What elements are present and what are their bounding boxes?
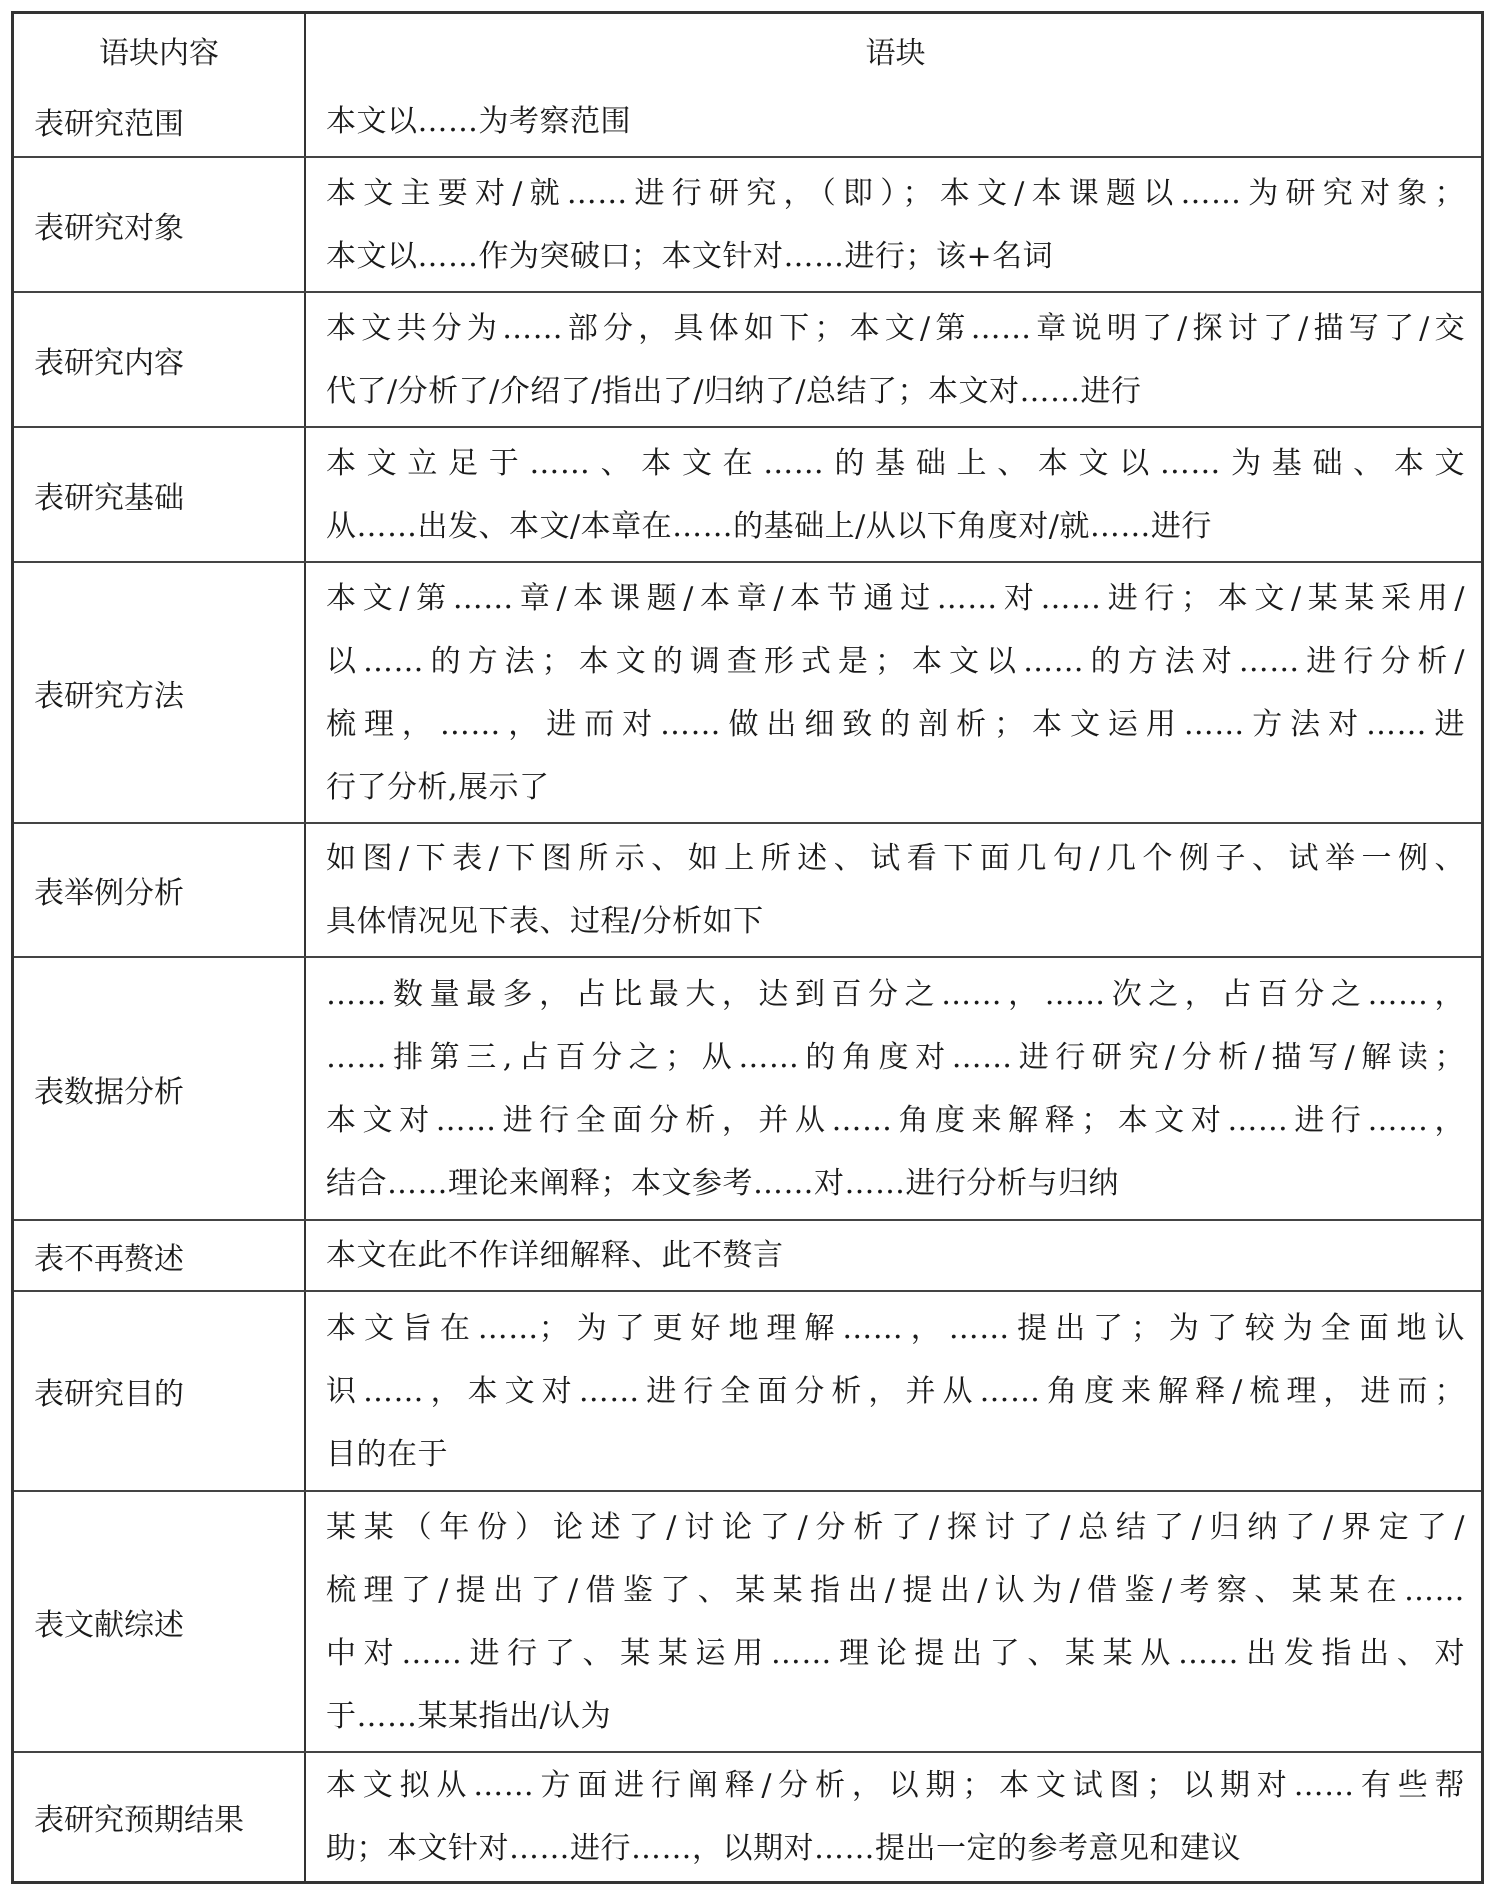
- chunk-table: 语块内容 语块 表研究范围本文以……为考察范围表研究对象本文主要对/就……进行研…: [11, 11, 1484, 1884]
- chunk-line: 本文对……进行全面分析，并从……角度来解释；本文对……进行……，: [326, 1089, 1465, 1152]
- table-row: 表举例分析如图/下表/下图所示、如上所述、试看下面几句/几个例子、试举一例、具体…: [14, 822, 1481, 956]
- chunk-line: 本文拟从……方面进行阐释/分析，以期；本文试图；以期对……有些帮: [326, 1754, 1465, 1817]
- chunk-expressions: 本文立足于……、本文在……的基础上、本文以……为基础、本文从……出发、本文/本章…: [306, 428, 1481, 561]
- chunk-line: 本文在此不作详细解释、此不赘言: [326, 1224, 1465, 1287]
- chunk-category: 表研究对象: [14, 158, 306, 291]
- chunk-line: 于……某某指出/认为: [326, 1685, 1465, 1748]
- chunk-line: 从……出发、本文/本章在……的基础上/从以下角度对/就……进行: [326, 495, 1465, 558]
- chunk-expressions: 如图/下表/下图所示、如上所述、试看下面几句/几个例子、试举一例、具体情况见下表…: [306, 824, 1481, 956]
- chunk-category: 表研究内容: [14, 293, 306, 426]
- chunk-category: 表研究目的: [14, 1292, 306, 1490]
- chunk-line: 中对……进行了、某某运用……理论提出了、某某从……出发指出、对: [326, 1622, 1465, 1685]
- header-chunk-label: 语块: [866, 28, 926, 72]
- header-chunk: 语块: [306, 14, 1481, 86]
- chunk-line: 结合……理论来阐释；本文参考……对……进行分析与归纳: [326, 1152, 1465, 1215]
- table-row: 表研究范围本文以……为考察范围: [14, 86, 1481, 156]
- chunk-line: 本文以……作为突破口；本文针对……进行；该+名词: [326, 225, 1465, 288]
- header-chunk-content: 语块内容: [14, 14, 306, 86]
- table-row: 表研究基础本文立足于……、本文在……的基础上、本文以……为基础、本文从……出发、…: [14, 426, 1481, 561]
- chunk-line: ……排第三,占百分之；从……的角度对……进行研究/分析/描写/解读；: [326, 1026, 1465, 1089]
- chunk-line: 本文以……为考察范围: [326, 90, 1465, 153]
- chunk-expressions: 本文/第……章/本课题/本章/本节通过……对……进行；本文/某某采用/以……的方…: [306, 563, 1481, 822]
- chunk-line: 本文主要对/就……进行研究，（即）；本文/本课题以……为研究对象；: [326, 162, 1465, 225]
- chunk-expressions: 本文旨在……；为了更好地理解……，……提出了；为了较为全面地认识……，本文对………: [306, 1292, 1481, 1490]
- chunk-line: 行了分析,展示了: [326, 756, 1465, 819]
- chunk-expressions: 本文共分为……部分，具体如下；本文/第……章说明了/探讨了/描写了/交代了/分析…: [306, 293, 1481, 426]
- chunk-line: ……数量最多，占比最大，达到百分之……，……次之，占百分之……，: [326, 963, 1465, 1026]
- chunk-line: 识……，本文对……进行全面分析，并从……角度来解释/梳理，进而；: [326, 1360, 1465, 1423]
- chunk-line: 如图/下表/下图所示、如上所述、试看下面几句/几个例子、试举一例、: [326, 827, 1465, 890]
- chunk-category: 表举例分析: [14, 824, 306, 956]
- chunk-expressions: 某某（年份）论述了/讨论了/分析了/探讨了/总结了/归纳了/界定了/梳理了/提出…: [306, 1492, 1481, 1751]
- chunk-line: 本文共分为……部分，具体如下；本文/第……章说明了/探讨了/描写了/交: [326, 297, 1465, 360]
- chunk-category: 表研究方法: [14, 563, 306, 822]
- chunk-category: 表研究基础: [14, 428, 306, 561]
- table-row: 表研究内容本文共分为……部分，具体如下；本文/第……章说明了/探讨了/描写了/交…: [14, 291, 1481, 426]
- chunk-line: 某某（年份）论述了/讨论了/分析了/探讨了/总结了/归纳了/界定了/: [326, 1496, 1465, 1559]
- chunk-line: 本文旨在……；为了更好地理解……，……提出了；为了较为全面地认: [326, 1297, 1465, 1360]
- chunk-line: 本文立足于……、本文在……的基础上、本文以……为基础、本文: [326, 432, 1465, 495]
- chunk-category: 表研究预期结果: [14, 1753, 306, 1881]
- chunk-category: 表文献综述: [14, 1492, 306, 1751]
- chunk-expressions: 本文拟从……方面进行阐释/分析，以期；本文试图；以期对……有些帮助；本文针对………: [306, 1753, 1481, 1881]
- chunk-line: 具体情况见下表、过程/分析如下: [326, 890, 1465, 953]
- table-body: 表研究范围本文以……为考察范围表研究对象本文主要对/就……进行研究，（即）；本文…: [14, 86, 1481, 1881]
- chunk-category: 表不再赘述: [14, 1221, 306, 1290]
- chunk-expressions: 本文以……为考察范围: [306, 86, 1481, 156]
- chunk-expressions: 本文在此不作详细解释、此不赘言: [306, 1221, 1481, 1290]
- table-row: 表不再赘述本文在此不作详细解释、此不赘言: [14, 1219, 1481, 1290]
- chunk-expressions: 本文主要对/就……进行研究，（即）；本文/本课题以……为研究对象；本文以……作为…: [306, 158, 1481, 291]
- chunk-category: 表数据分析: [14, 958, 306, 1219]
- chunk-line: 助；本文针对……进行……，以期对……提出一定的参考意见和建议: [326, 1817, 1465, 1880]
- chunk-line: 代了/分析了/介绍了/指出了/归纳了/总结了；本文对……进行: [326, 360, 1465, 423]
- chunk-line: 本文/第……章/本课题/本章/本节通过……对……进行；本文/某某采用/: [326, 567, 1465, 630]
- chunk-line: 以……的方法；本文的调查形式是；本文以……的方法对……进行分析/: [326, 630, 1465, 693]
- table-row: 表数据分析……数量最多，占比最大，达到百分之……，……次之，占百分之……，……排…: [14, 956, 1481, 1219]
- table-row: 表研究对象本文主要对/就……进行研究，（即）；本文/本课题以……为研究对象；本文…: [14, 156, 1481, 291]
- table-header-row: 语块内容 语块: [14, 14, 1481, 86]
- table-row: 表研究目的本文旨在……；为了更好地理解……，……提出了；为了较为全面地认识……，…: [14, 1290, 1481, 1490]
- chunk-category: 表研究范围: [14, 86, 306, 156]
- table-row: 表研究方法本文/第……章/本课题/本章/本节通过……对……进行；本文/某某采用/…: [14, 561, 1481, 822]
- chunk-expressions: ……数量最多，占比最大，达到百分之……，……次之，占百分之……，……排第三,占百…: [306, 958, 1481, 1219]
- chunk-line: 梳理了/提出了/借鉴了、某某指出/提出/认为/借鉴/考察、某某在……: [326, 1559, 1465, 1622]
- chunk-line: 梳理，……，进而对……做出细致的剖析；本文运用……方法对……进: [326, 693, 1465, 756]
- table-row: 表文献综述某某（年份）论述了/讨论了/分析了/探讨了/总结了/归纳了/界定了/梳…: [14, 1490, 1481, 1751]
- chunk-line: 目的在于: [326, 1423, 1465, 1486]
- table-row: 表研究预期结果本文拟从……方面进行阐释/分析，以期；本文试图；以期对……有些帮助…: [14, 1751, 1481, 1881]
